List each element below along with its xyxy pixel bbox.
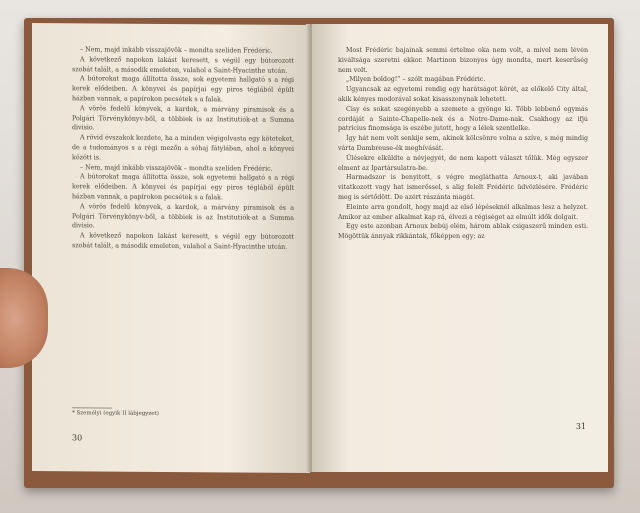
paragraph: Ugyancsak az egyetemi rendig egy harátsá… [338, 85, 588, 105]
page-number: 31 [576, 422, 586, 431]
right-page: Most Frédéric bajainak semmi értelme oka… [312, 24, 608, 472]
paragraph: A következő napokon lakást keresett, s v… [72, 231, 294, 252]
paragraph: Egy este azonban Arnoux bebúj elém, háro… [338, 222, 588, 242]
page-number: 30 [72, 433, 82, 442]
paragraph: A következő napokon lakást keresett, s v… [72, 55, 294, 76]
paragraph: Most Frédéric bajainak semmi értelme oka… [338, 46, 588, 75]
paragraph: A rövid évszakok kezdete, ha a minden vé… [72, 133, 294, 164]
paragraph: „Milyen boldog!” – szólt magában Frédéri… [338, 75, 588, 85]
left-page-text: – Nem, majd inkább visszajövök – mondta … [72, 45, 294, 252]
paragraph: A vörös fedelű könyvek, a kardok, a márv… [72, 202, 294, 233]
paragraph: Így hát nem volt senkije sem, akinek köl… [338, 134, 588, 154]
paragraph: Ülésekre elküldte a névjegyét, de nem ka… [338, 154, 588, 174]
paragraph: A vörös fedelű könyvek, a kardok, a márv… [72, 104, 294, 135]
paragraph: Eleinte arra gondolt, hogy majd az első … [338, 203, 588, 223]
paragraph: Harmadszor is benyitott, s végre megláth… [338, 173, 588, 202]
right-page-text: Most Frédéric bajainak semmi értelme oka… [338, 46, 588, 242]
paragraph: Cisy és sokat szegényebb a szemete a gyö… [338, 105, 588, 134]
paragraph: A bútorokat maga állította össze, sok eg… [72, 75, 294, 106]
left-page: – Nem, majd inkább visszajövök – mondta … [32, 23, 310, 473]
paragraph: A bútorokat maga állította össze, sok eg… [72, 173, 294, 204]
footnote: * Személyi (egyik II lábjegyzet) [72, 407, 112, 416]
